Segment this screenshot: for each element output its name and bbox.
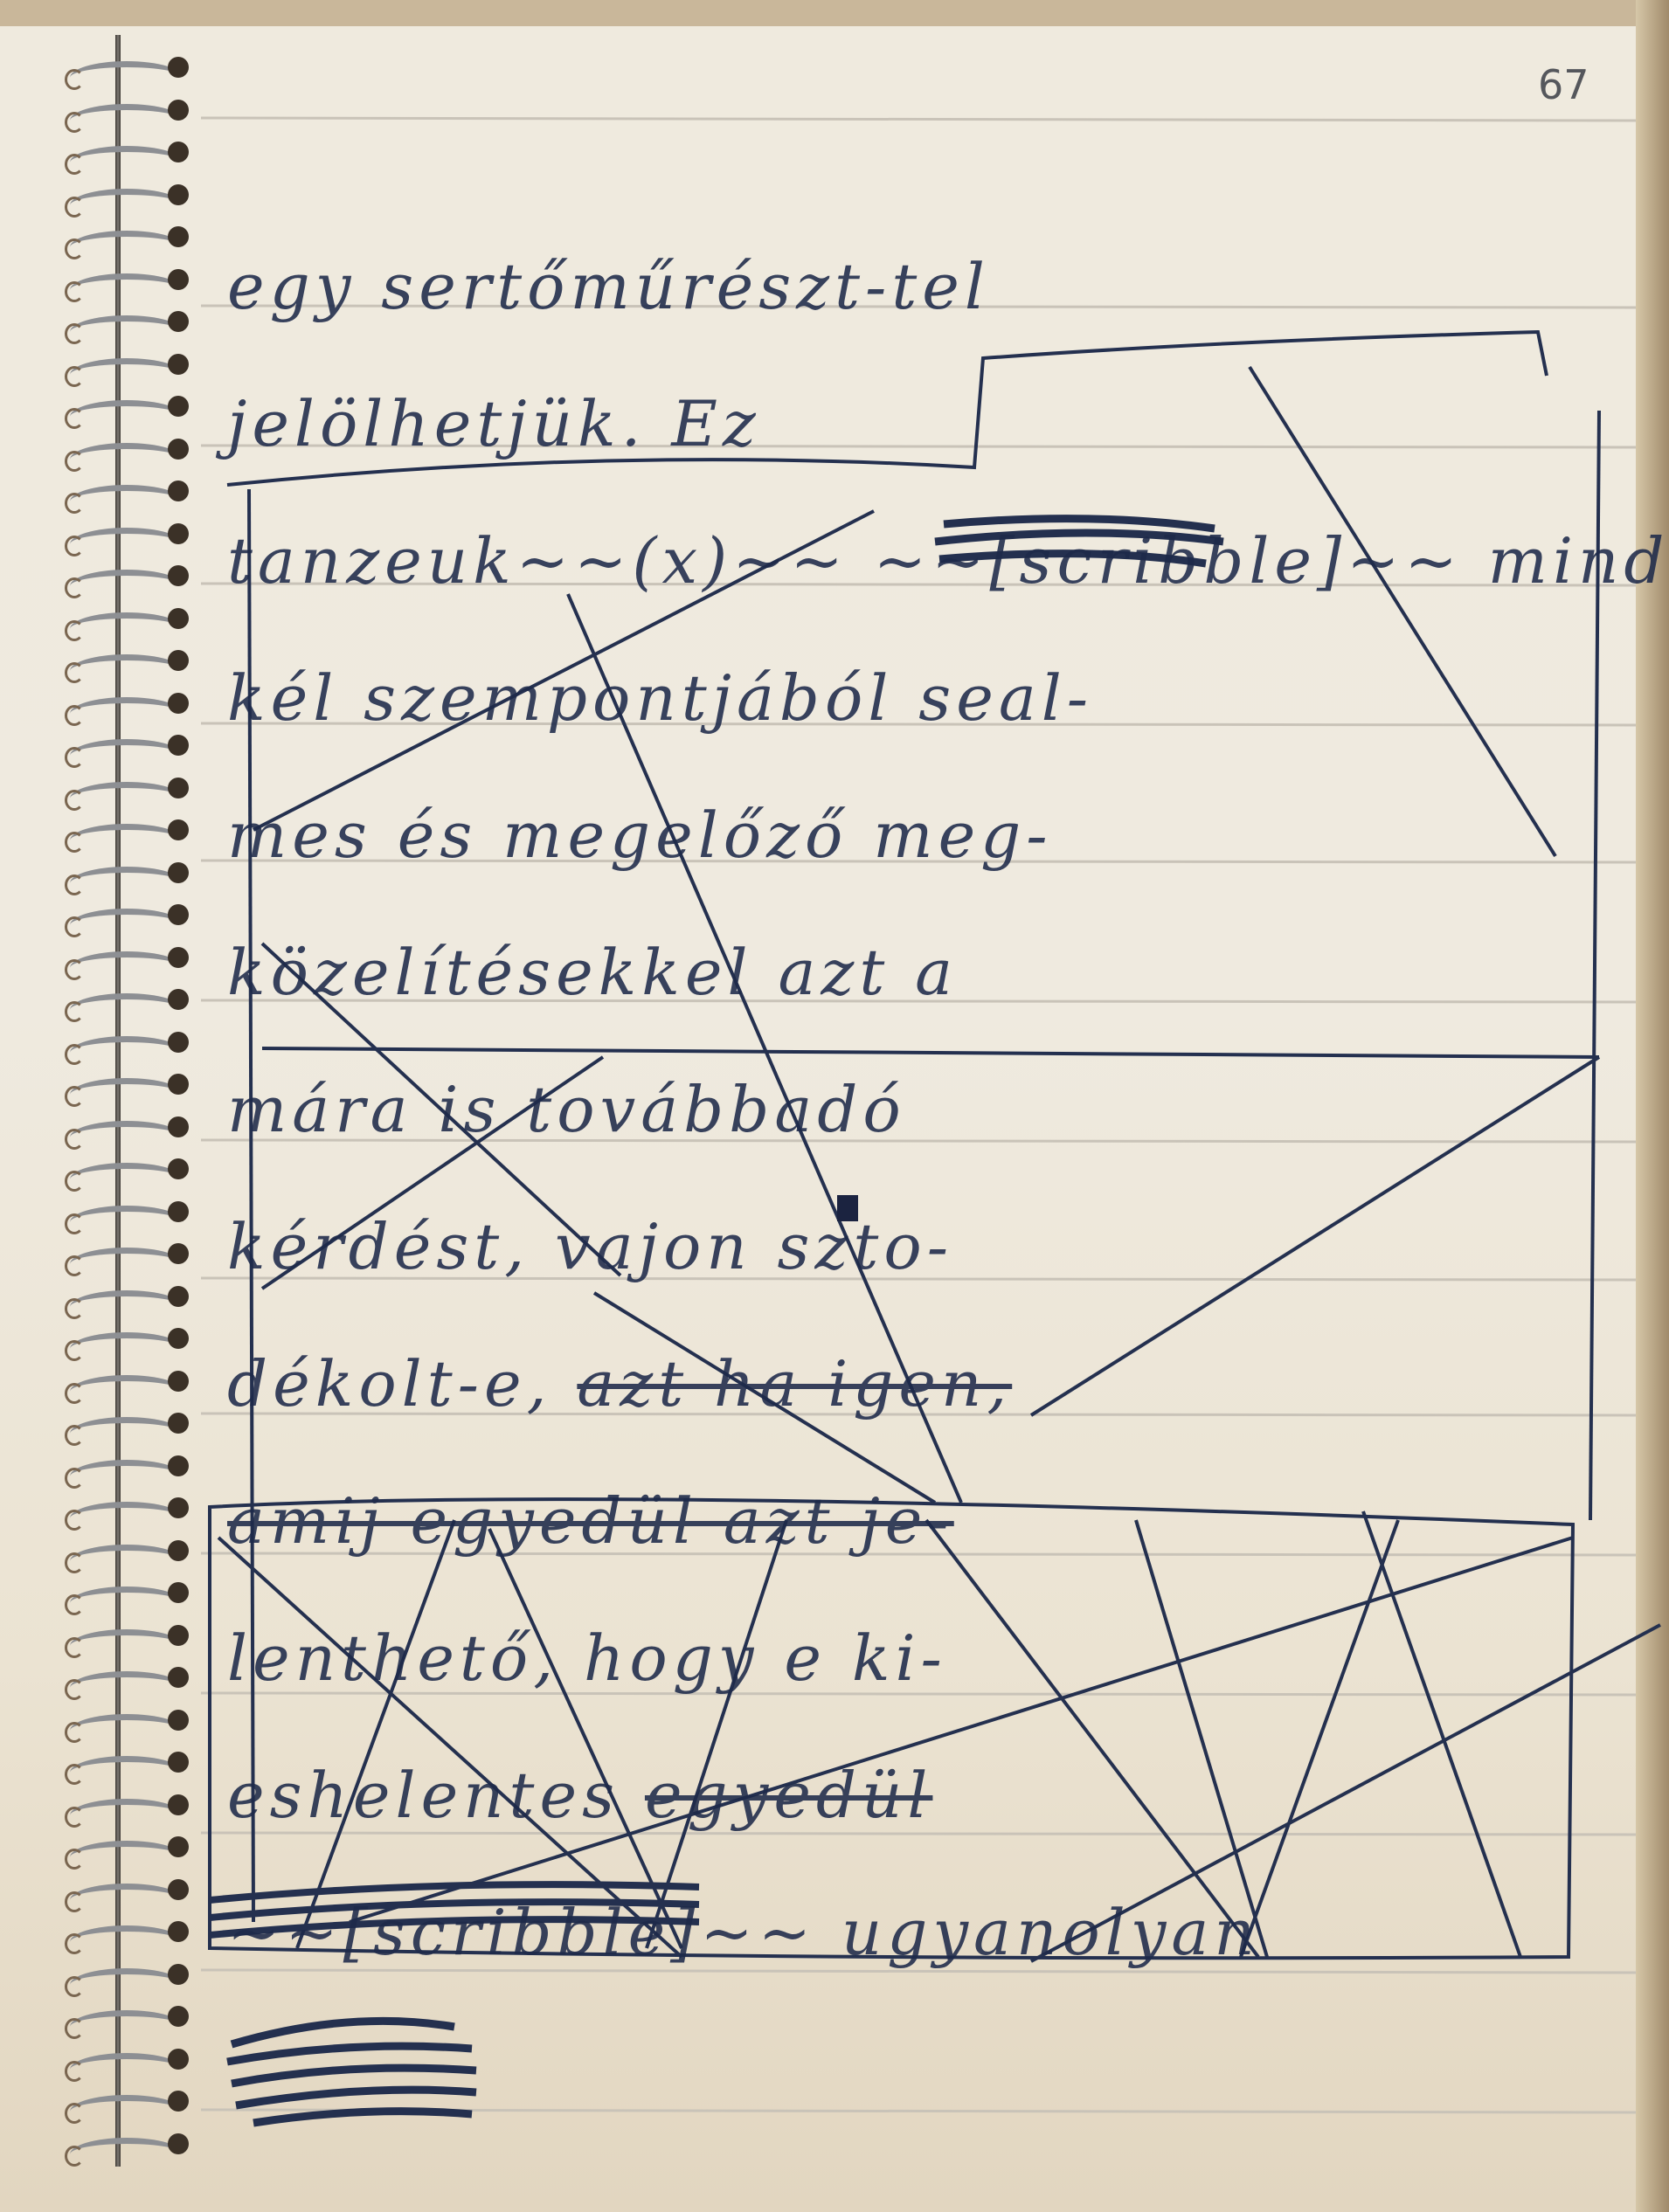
page-number: 67 — [1538, 61, 1589, 108]
handwritten-line: eshelentes egyedül — [227, 1727, 1608, 1864]
handwritten-line: ~~[scribble]~~ ugyanolyan — [227, 1864, 1608, 2001]
handwritten-line: közelítésekkel azt a — [227, 904, 1608, 1041]
handwritten-line: jelölhetjük. Ez — [227, 356, 1608, 493]
handwritten-line: egy sertőműrészt-tel — [227, 218, 1608, 356]
handwritten-text: egy sertőműrészt-tel jelölhetjük. Ez tan… — [227, 218, 1608, 2001]
handwritten-words: dékolt-e, — [227, 1347, 551, 1421]
handwritten-line: amij egyedül azt je- — [227, 1453, 1608, 1590]
notebook-photo: 67 egy sertőműrészt-tel jelölhetjük. Ez … — [0, 0, 1669, 2212]
handwritten-line: kél szempontjából seal- — [227, 630, 1608, 767]
handwritten-line: mára is továbbadó — [227, 1041, 1608, 1179]
struck-words: egyedül — [645, 1759, 932, 1832]
handwritten-line: dékolt-e, azt ha igen, — [227, 1316, 1608, 1453]
handwritten-line: tanzeuk~~(x)~~ ~~[scribble]~~ mindig — [227, 493, 1608, 630]
handwritten-line: kérdést, vajon szto- — [227, 1179, 1608, 1316]
struck-words: azt ha igen, — [577, 1347, 1012, 1421]
handwritten-words: eshelentes — [227, 1759, 620, 1832]
handwritten-line: mes és megelőző meg- — [227, 767, 1608, 904]
handwritten-line: lenthető, hogy e ki- — [227, 1590, 1608, 1727]
